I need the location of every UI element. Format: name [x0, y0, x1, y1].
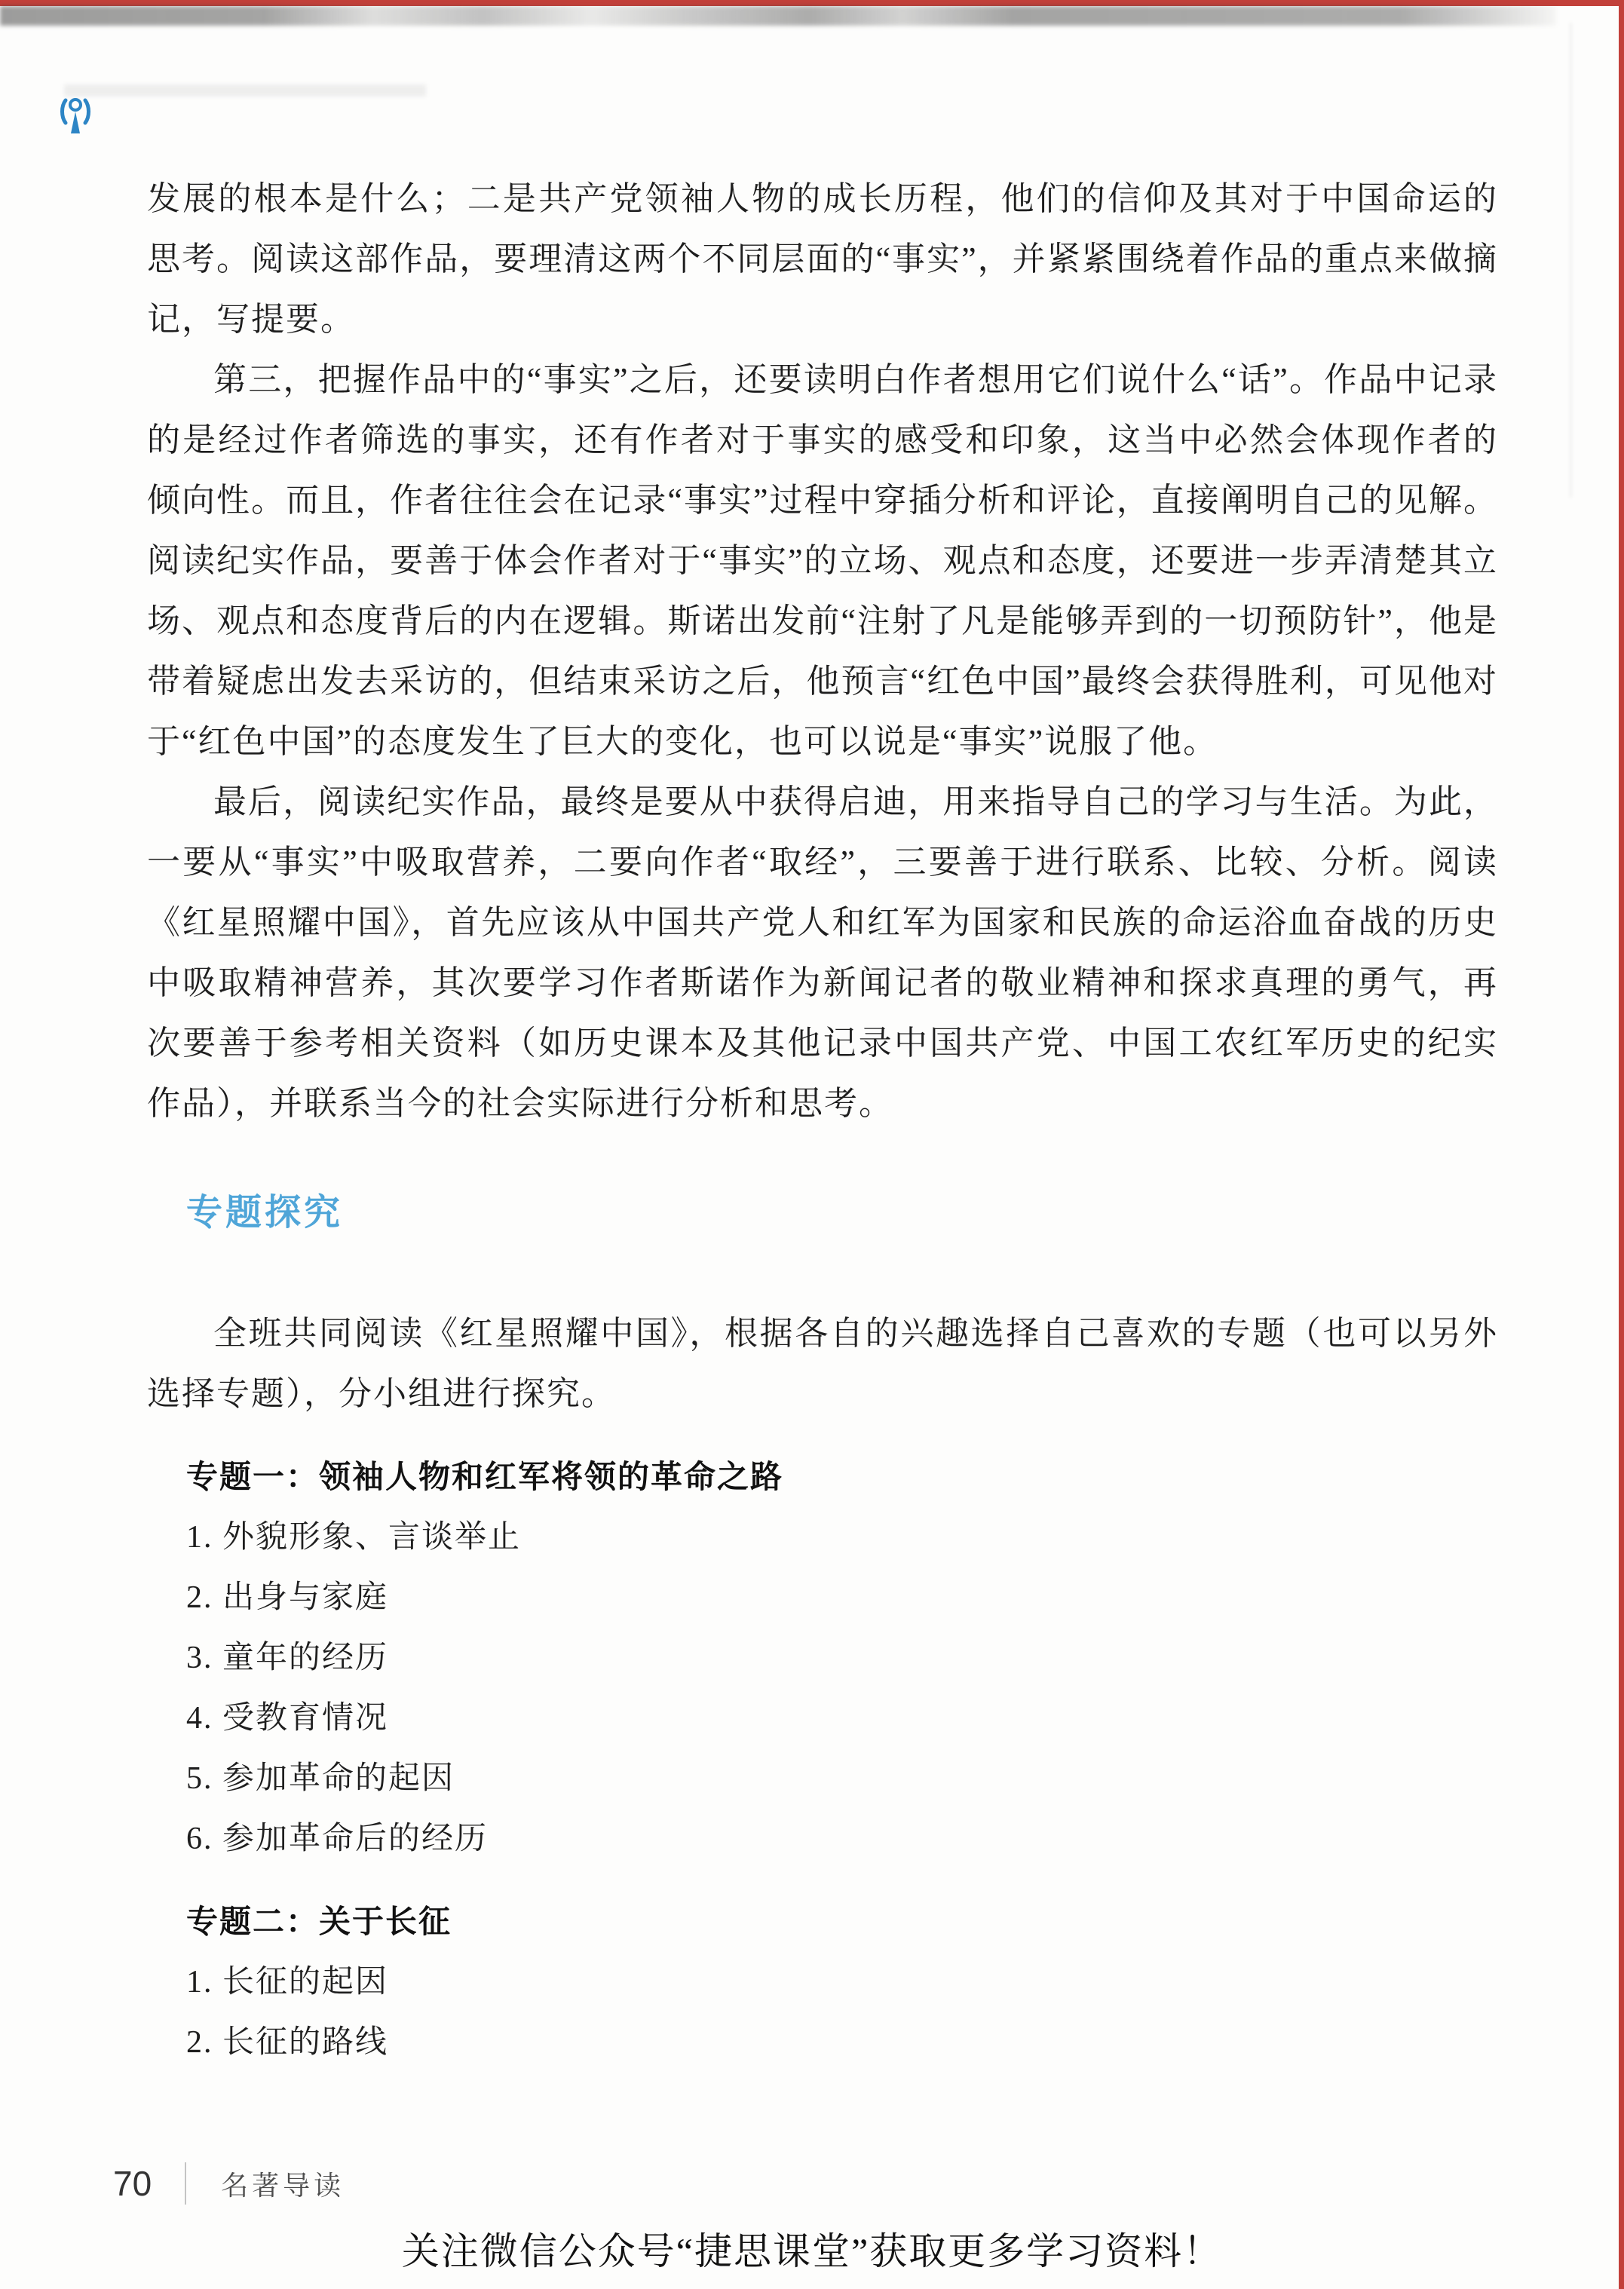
body-paragraph-2: 第三，把握作品中的“事实”之后，还要读明白作者想用它们说什么“话”。作品中记录的…: [147, 350, 1498, 772]
topic-1-item-1: 1. 外貌形象、言谈举止: [186, 1507, 1498, 1567]
page-top-edge: [0, 0, 1624, 6]
broadcast-person-icon: [59, 93, 92, 135]
page-footer: 70 名著导读: [113, 2162, 345, 2205]
scan-artifact-smudge: [64, 84, 426, 97]
topic-1-item-2: 2. 出身与家庭: [186, 1567, 1498, 1628]
section-heading-explore: 专题探究: [186, 1187, 1498, 1239]
scan-artifact-band: [0, 6, 1556, 26]
page-body: 发展的根本是什么；二是共产党领袖人物的成长历程，他们的信仰及其对于中国命运的思考…: [147, 169, 1498, 2073]
topic-1-item-5: 5. 参加革命的起因: [186, 1748, 1498, 1809]
explore-intro-paragraph: 全班共同阅读《红星照耀中国》，根据各自的兴趣选择自己喜欢的专题（也可以另外选择专…: [147, 1304, 1498, 1424]
body-paragraph-3: 最后，阅读纪实作品，最终是要从中获得启迪，用来指导自己的学习与生活。为此，一要从…: [147, 772, 1498, 1134]
topic-2-item-1: 1. 长征的起因: [186, 1952, 1498, 2012]
topic-heading-2: 专题二：关于长征: [186, 1892, 1498, 1952]
topic-heading-1: 专题一：领袖人物和红军将领的革命之路: [186, 1447, 1498, 1507]
topic-1-item-6: 6. 参加革命后的经历: [186, 1809, 1498, 1869]
page-number: 70: [113, 2163, 152, 2204]
topic-1-list: 1. 外貌形象、言谈举止 2. 出身与家庭 3. 童年的经历 4. 受教育情况 …: [186, 1507, 1498, 1869]
page-right-edge: [1619, 0, 1624, 2289]
topic-1-item-3: 3. 童年的经历: [186, 1628, 1498, 1688]
watermark-text: 关注微信公众号“捷思课堂”获取更多学习资料！: [0, 2221, 1624, 2275]
footer-divider: [185, 2162, 186, 2205]
topic-1-item-4: 4. 受教育情况: [186, 1688, 1498, 1748]
body-paragraph-1: 发展的根本是什么；二是共产党领袖人物的成长历程，他们的信仰及其对于中国命运的思考…: [147, 169, 1498, 350]
footer-section-label: 名著导读: [221, 2165, 345, 2203]
topic-2-item-2: 2. 长征的路线: [186, 2012, 1498, 2073]
scan-artifact-crease: [1570, 23, 1572, 498]
topic-2-list: 1. 长征的起因 2. 长征的路线: [186, 1952, 1498, 2073]
